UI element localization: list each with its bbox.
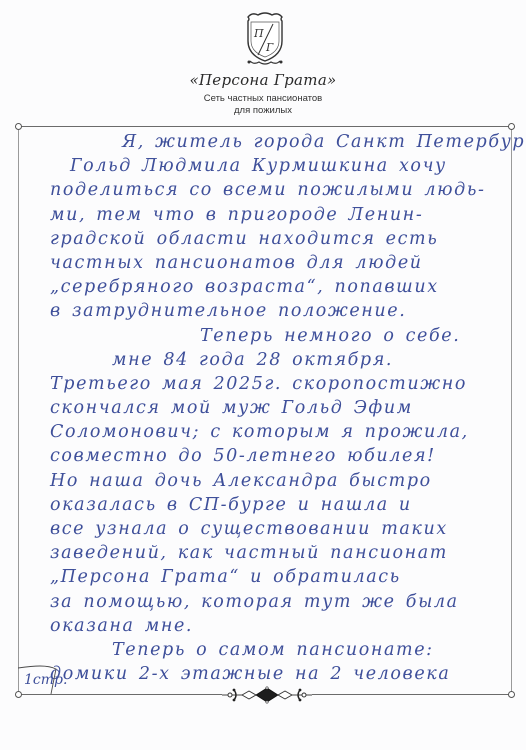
page-number-tag: 1стр.	[18, 664, 60, 694]
svg-text:Г: Г	[265, 41, 274, 54]
letter-line: частных пансионатов для людей	[50, 251, 510, 275]
letter-line: Я, житель города Санкт Петербурга	[50, 130, 510, 154]
letter-line: мне 84 года 28 октября.	[50, 348, 510, 372]
corner-ring-icon	[508, 691, 515, 698]
letter-line: совместно до 50-летнего юбилея!	[50, 444, 510, 468]
letter-line: в затруднительное положение.	[50, 299, 510, 323]
letter-line: заведений, как частный пансионат	[50, 541, 510, 565]
letter-line: „серебряного возраста“, попавших	[50, 275, 510, 299]
letter-line: Теперь о самом пансионате:	[50, 638, 510, 662]
letter-line: домики 2-х этажные на 2 человека	[50, 662, 510, 686]
letterhead: П Г «Персона Грата» Сеть частных пансион…	[0, 0, 526, 118]
letter-line: Третьего мая 2025г. скоропостижно	[50, 372, 510, 396]
letter-line: скончался мой муж Гольд Эфим	[50, 396, 510, 420]
brand-name: «Персона Грата»	[0, 71, 526, 89]
letter-line: оказалась в СП-бурге и нашла и	[50, 493, 510, 517]
letter-line: за помощью, которая тут же была	[50, 590, 510, 614]
corner-ring-icon	[508, 123, 515, 130]
divider-ornament-icon	[222, 686, 312, 704]
letter-line: Теперь немного о себе.	[50, 324, 510, 348]
letter-line: Гольд Людмила Курмишкина хочу	[50, 154, 510, 178]
svg-text:П: П	[253, 27, 264, 40]
handwritten-letter: Я, житель города Санкт Петербурга Гольд …	[50, 130, 510, 686]
letter-line: „Персона Грата“ и обратилась	[50, 565, 510, 589]
letter-line: все узнала о существовании таких	[50, 517, 510, 541]
corner-ring-icon	[15, 123, 22, 130]
tagline-line-1: Сеть частных пансионатов	[0, 93, 526, 104]
page-number-label: 1стр.	[24, 672, 67, 688]
tagline-line-2: для пожилых	[0, 105, 526, 116]
letter-line: градской области находится есть	[50, 227, 510, 251]
letter-line: Соломонович; с которым я прожила,	[50, 420, 510, 444]
letter-line: оказана мне.	[50, 614, 510, 638]
letter-line: поделиться со всеми пожилыми людь-	[50, 178, 510, 202]
letter-line: ми, тем что в пригороде Ленин-	[50, 203, 510, 227]
monogram-crest-icon: П Г	[240, 9, 290, 67]
letter-line: Но наша дочь Александра быстро	[50, 469, 510, 493]
